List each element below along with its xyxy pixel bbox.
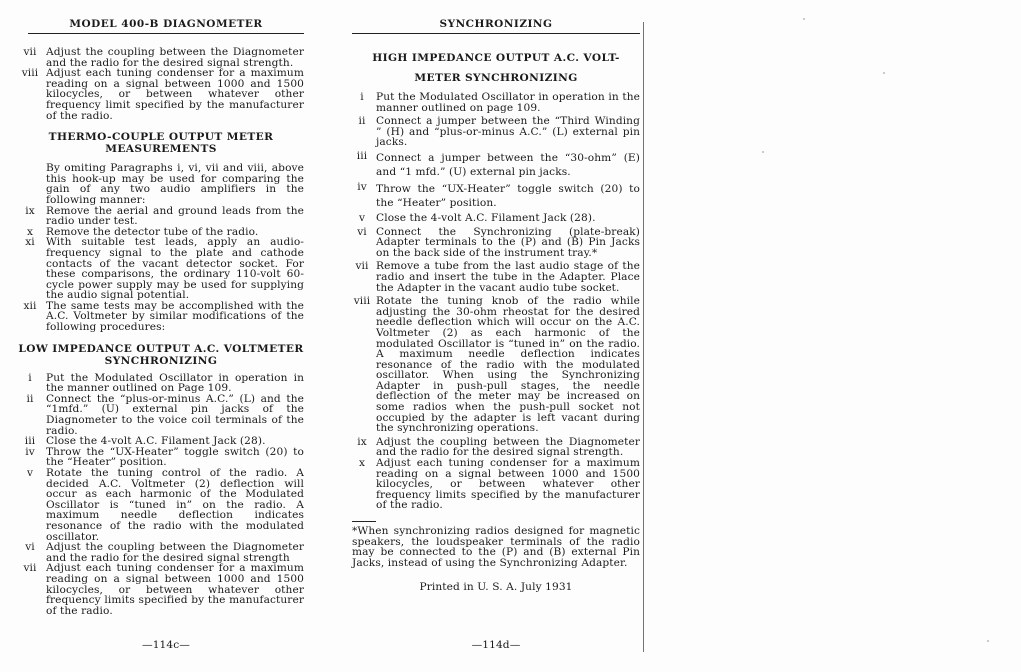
list-item: i Put the Modulated Oscillator in operat…: [352, 92, 640, 113]
heading-line: HIGH IMPEDANCE OUTPUT A.C. VOLT-: [352, 48, 640, 68]
running-head: MODEL 400-B DIAGNOMETER: [28, 19, 304, 30]
item-number: ii: [352, 116, 376, 148]
list-item: vii Remove a tube from the last audio st…: [352, 261, 640, 293]
item-text: Remove the aerial and ground leads from …: [46, 206, 304, 227]
item-text: Adjust each tuning condenser for a maxim…: [376, 458, 640, 511]
list-item: viii Rotate the tuning knob of the radio…: [352, 296, 640, 434]
list-item: ii Connect the “plus-or-minus A.C.” (L) …: [18, 394, 304, 436]
item-number: i: [352, 92, 376, 113]
footnote-rule: [352, 521, 376, 522]
imprint: Printed in U. S. A. July 1931: [352, 582, 640, 593]
item-number: ii: [18, 394, 46, 436]
item-number: x: [352, 458, 376, 511]
item-text: Rotate the tuning control of the radio. …: [46, 468, 304, 542]
page-number: —114d—: [352, 640, 640, 651]
header-rule: [28, 33, 304, 34]
scan-speck: [803, 18, 805, 20]
item-number: viii: [18, 68, 46, 121]
scan-speck: [883, 72, 885, 74]
item-number: vi: [352, 227, 376, 259]
item-text: Rotate the tuning knob of the radio whil…: [376, 296, 640, 434]
item-text: Adjust each tuning condenser for a maxim…: [46, 563, 304, 616]
item-text: Connect the “plus-or-minus A.C.” (L) and…: [46, 394, 304, 436]
item-number: vii: [18, 563, 46, 616]
item-number: vii: [352, 261, 376, 293]
page-number: —114c—: [28, 640, 304, 651]
item-number: v: [352, 213, 376, 224]
list-item: vii Adjust each tuning condenser for a m…: [18, 563, 304, 616]
list-item: ix Remove the aerial and ground leads fr…: [18, 206, 304, 227]
item-text: The same tests may be accomplished with …: [46, 301, 304, 333]
item-number: iii: [352, 151, 376, 179]
item-text: Remove a tube from the last audio stage …: [376, 261, 640, 293]
item-number: xi: [18, 237, 46, 301]
footnote: *When synchronizing radios designed for …: [352, 526, 640, 568]
item-text: Close the 4-volt A.C. Filament Jack (28)…: [376, 213, 640, 224]
heading-line: LOW IMPEDANCE OUTPUT A.C. VOLTMETER: [18, 343, 304, 355]
scan-speck: [762, 151, 764, 153]
section-heading-high-impedance: HIGH IMPEDANCE OUTPUT A.C. VOLT- METER S…: [352, 48, 640, 88]
item-text: Throw the “UX-Heater” toggle switch (20)…: [376, 182, 640, 210]
item-text: Connect a jumper between the “30-ohm” (E…: [376, 151, 640, 179]
item-text: Adjust the coupling between the Diagnome…: [46, 47, 304, 68]
scan-speck: [987, 640, 989, 642]
running-head: SYNCHRONIZING: [352, 19, 640, 30]
list-item: iv Throw the “UX-Heater” toggle switch (…: [352, 182, 640, 210]
heading-line: SYNCHRONIZING: [18, 355, 304, 367]
item-number: v: [18, 468, 46, 542]
list-item: xii The same tests may be accomplished w…: [18, 301, 304, 333]
item-number: ix: [352, 437, 376, 458]
item-text: Adjust the coupling between the Diagnome…: [376, 437, 640, 458]
item-number: vii: [18, 47, 46, 68]
item-text: Put the Modulated Oscillator in operatio…: [376, 92, 640, 113]
item-text: Put the Modulated Oscillator in operatio…: [46, 373, 304, 394]
list-item: xi With suitable test leads, apply an au…: [18, 237, 304, 301]
list-item: iv Throw the “UX-Heater” toggle switch (…: [18, 447, 304, 468]
left-page-content: vii Adjust the coupling between the Diag…: [18, 47, 304, 616]
item-number: i: [18, 373, 46, 394]
item-number: ix: [18, 206, 46, 227]
intro-paragraph: By omiting Paragraphs i, vi, vii and vii…: [46, 163, 304, 205]
item-text: With suitable test leads, apply an audio…: [46, 237, 304, 301]
heading-line: THERMO-COUPLE OUTPUT METER: [18, 131, 304, 143]
list-item: iii Connect a jumper between the “30-ohm…: [352, 151, 640, 179]
item-number: iv: [352, 182, 376, 210]
list-item: v Rotate the tuning control of the radio…: [18, 468, 304, 542]
heading-line: MEASUREMENTS: [18, 143, 304, 155]
list-item: viii Adjust each tuning condenser for a …: [18, 68, 304, 121]
list-item: x Adjust each tuning condenser for a max…: [352, 458, 640, 511]
list-item: vi Connect the Synchronizing (plate-brea…: [352, 227, 640, 259]
list-item: v Close the 4-volt A.C. Filament Jack (2…: [352, 213, 640, 224]
section-heading-thermo-couple: THERMO-COUPLE OUTPUT METER MEASUREMENTS: [18, 131, 304, 155]
header-rule: [352, 33, 640, 34]
item-number: vi: [18, 542, 46, 563]
item-text: Adjust each tuning condenser for a maxim…: [46, 68, 304, 121]
section-heading-low-impedance: LOW IMPEDANCE OUTPUT A.C. VOLTMETER SYNC…: [18, 343, 304, 367]
list-item: vii Adjust the coupling between the Diag…: [18, 47, 304, 68]
list-item: ii Connect a jumper between the “Third W…: [352, 116, 640, 148]
right-page-content: HIGH IMPEDANCE OUTPUT A.C. VOLT- METER S…: [352, 48, 640, 593]
item-number: iv: [18, 447, 46, 468]
heading-line: METER SYNCHRONIZING: [352, 68, 640, 88]
item-number: xii: [18, 301, 46, 333]
item-number: viii: [352, 296, 376, 434]
item-text: Connect the Synchronizing (plate-break) …: [376, 227, 640, 259]
list-item: vi Adjust the coupling between the Diagn…: [18, 542, 304, 563]
item-text: Adjust the coupling between the Diagnome…: [46, 542, 304, 563]
page-edge-line: [643, 22, 644, 652]
list-item: i Put the Modulated Oscillator in operat…: [18, 373, 304, 394]
list-item: ix Adjust the coupling between the Diagn…: [352, 437, 640, 458]
item-text: Throw the “UX-Heater” toggle switch (20)…: [46, 447, 304, 468]
item-text: Connect a jumper between the “Third Wind…: [376, 116, 640, 148]
